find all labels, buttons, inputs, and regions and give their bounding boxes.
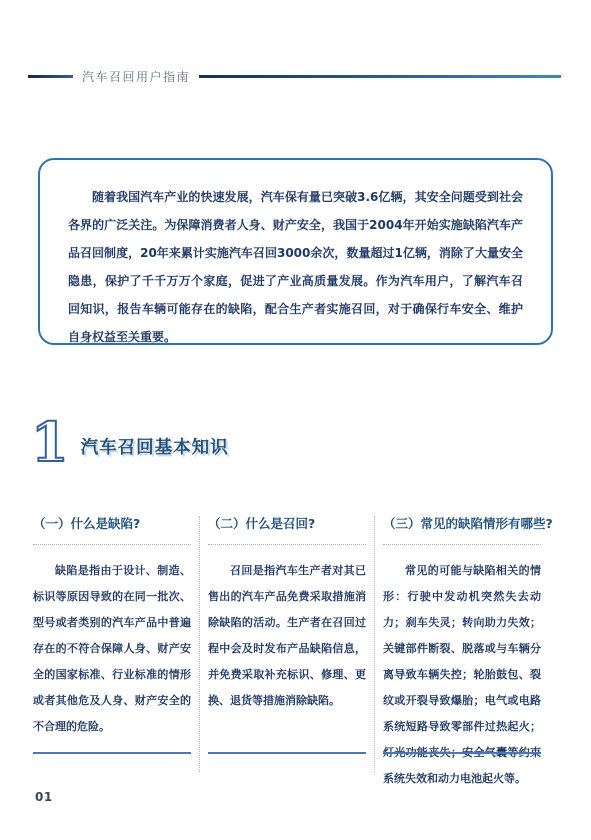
column-body: 召回是指汽车生产者对其已售出的汽车产品免费采取措施消除缺陷的活动。生产者在召回过… bbox=[208, 558, 366, 714]
page-header: 汽车召回用户指南 bbox=[28, 68, 561, 85]
intro-box: 随着我国汽车产业的快速发展，汽车保有量已突破3.6亿辆，其安全问题受到社会各界的… bbox=[38, 158, 553, 345]
column-body: 常见的可能与缺陷相关的情形：行驶中发动机突然失去动力；刹车失灵；转向助力失效；关… bbox=[383, 558, 541, 792]
column-heading: （一）什么是缺陷? bbox=[33, 514, 191, 532]
header-rule-left bbox=[28, 75, 73, 78]
dotted-divider bbox=[383, 544, 541, 545]
page-number: 01 bbox=[35, 790, 53, 804]
dotted-divider bbox=[208, 544, 366, 545]
vertical-dotted-separator bbox=[374, 516, 375, 772]
section-number: 1 bbox=[31, 416, 69, 468]
section-heading: 汽车召回基本知识 bbox=[81, 434, 229, 459]
column-common-defect-cases: （三）常见的缺陷情形有哪些? 常见的可能与缺陷相关的情形：行驶中发动机突然失去动… bbox=[383, 514, 541, 754]
column-heading: （三）常见的缺陷情形有哪些? bbox=[383, 514, 541, 532]
header-title: 汽车召回用户指南 bbox=[82, 68, 190, 85]
column-body: 缺陷是指由于设计、制造、标识等原因导致的在同一批次、型号或者类别的汽车产品中普遍… bbox=[33, 558, 191, 740]
column-underline bbox=[33, 752, 191, 754]
header-rule-right bbox=[199, 75, 561, 78]
dotted-divider bbox=[33, 544, 191, 545]
column-heading: （二）什么是召回? bbox=[208, 514, 366, 532]
column-underline bbox=[383, 752, 541, 754]
vertical-dotted-separator bbox=[199, 516, 200, 772]
section-title-row: 1 汽车召回基本知识 bbox=[31, 416, 229, 468]
column-what-is-recall: （二）什么是召回? 召回是指汽车生产者对其已售出的汽车产品免费采取措施消除缺陷的… bbox=[208, 514, 366, 754]
content-columns: （一）什么是缺陷? 缺陷是指由于设计、制造、标识等原因导致的在同一批次、型号或者… bbox=[33, 514, 541, 772]
column-underline bbox=[208, 752, 366, 754]
intro-text: 随着我国汽车产业的快速发展，汽车保有量已突破3.6亿辆，其安全问题受到社会各界的… bbox=[40, 160, 551, 351]
column-what-is-defect: （一）什么是缺陷? 缺陷是指由于设计、制造、标识等原因导致的在同一批次、型号或者… bbox=[33, 514, 191, 754]
